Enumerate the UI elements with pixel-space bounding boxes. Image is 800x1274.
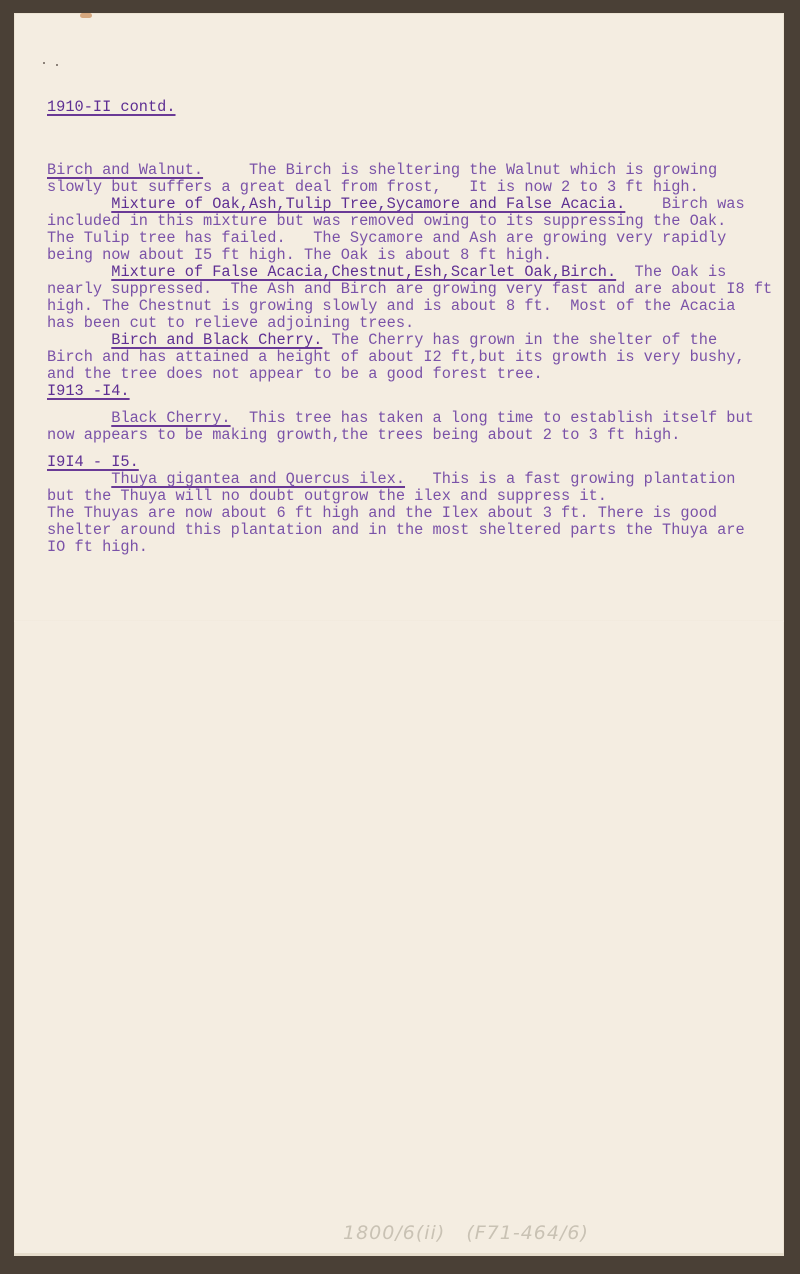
paragraph-title: Mixture of Oak,Ash,Tulip Tree,Sycamore a… bbox=[111, 195, 625, 213]
text: Birch was bbox=[625, 195, 744, 213]
archive-reference: 1800/6(ii) (F71-464/6) bbox=[343, 1222, 589, 1244]
paragraph-birch-cherry-line-2: Birch and has attained a height of about… bbox=[47, 349, 745, 366]
paragraph-acacia-mixture-line-4: has been cut to relieve adjoining trees. bbox=[47, 315, 414, 332]
text: The Oak is bbox=[616, 263, 726, 281]
paragraph-oak-mixture-line-3: The Tulip tree has failed. The Sycamore … bbox=[47, 230, 726, 247]
paragraph-title: Mixture of False Acacia,Chestnut,Esh,Sca… bbox=[111, 263, 616, 281]
paragraph-acacia-mixture-line-3: high. The Chestnut is growing slowly and… bbox=[47, 298, 735, 315]
indent bbox=[47, 263, 111, 281]
section-heading-1914: I9I4 - I5. bbox=[47, 454, 139, 471]
speck bbox=[43, 62, 45, 64]
paragraph-title: Thuya gigantea and Quercus ilex. bbox=[111, 470, 405, 488]
paragraph-thuya-line-2: but the Thuya will no doubt outgrow the … bbox=[47, 488, 607, 505]
paragraph-acacia-mixture-line-1: Mixture of False Acacia,Chestnut,Esh,Sca… bbox=[47, 264, 726, 281]
section-heading-1913: I913 -I4. bbox=[47, 383, 130, 400]
paragraph-birch-walnut-line-1: Birch and Walnut. The Birch is shelterin… bbox=[47, 162, 717, 179]
indent bbox=[47, 470, 111, 488]
paragraph-birch-walnut-line-2: slowly but suffers a great deal from fro… bbox=[47, 179, 699, 196]
speck bbox=[56, 64, 58, 66]
paragraph-thuya-line-1: Thuya gigantea and Quercus ilex. This is… bbox=[47, 471, 735, 488]
fold-line bbox=[14, 620, 784, 622]
indent bbox=[47, 409, 111, 427]
section-heading-1910: 1910-II contd. bbox=[47, 99, 176, 116]
paragraph-title: Birch and Black Cherry. bbox=[111, 331, 322, 349]
paragraph-black-cherry-line-2: now appears to be making growth,the tree… bbox=[47, 427, 680, 444]
paragraph-oak-mixture-line-4: being now about I5 ft high. The Oak is a… bbox=[47, 247, 552, 264]
text: The Birch is sheltering the Walnut which… bbox=[203, 161, 717, 179]
paragraph-birch-cherry-line-3: and the tree does not appear to be a goo… bbox=[47, 366, 543, 383]
paragraph-acacia-mixture-line-2: nearly suppressed. The Ash and Birch are… bbox=[47, 281, 772, 298]
paragraph-title: Black Cherry. bbox=[111, 409, 230, 427]
indent bbox=[47, 331, 111, 349]
paragraph-birch-cherry-line-1: Birch and Black Cherry. The Cherry has g… bbox=[47, 332, 717, 349]
text: The Cherry has grown in the shelter of t… bbox=[322, 331, 717, 349]
paragraph-black-cherry-line-1: Black Cherry. This tree has taken a long… bbox=[47, 410, 754, 427]
rust-stain bbox=[80, 13, 92, 18]
paragraph-thuya-line-3: The Thuyas are now about 6 ft high and t… bbox=[47, 505, 717, 522]
paragraph-oak-mixture-line-2: included in this mixture but was removed… bbox=[47, 213, 726, 230]
paragraph-oak-mixture-line-1: Mixture of Oak,Ash,Tulip Tree,Sycamore a… bbox=[47, 196, 745, 213]
text: This is a fast growing plantation bbox=[405, 470, 735, 488]
text: This tree has taken a long time to estab… bbox=[231, 409, 754, 427]
indent bbox=[47, 195, 111, 213]
paragraph-thuya-line-4: shelter around this plantation and in th… bbox=[47, 522, 745, 539]
paragraph-title: Birch and Walnut. bbox=[47, 161, 203, 179]
paragraph-thuya-line-5: IO ft high. bbox=[47, 539, 148, 556]
